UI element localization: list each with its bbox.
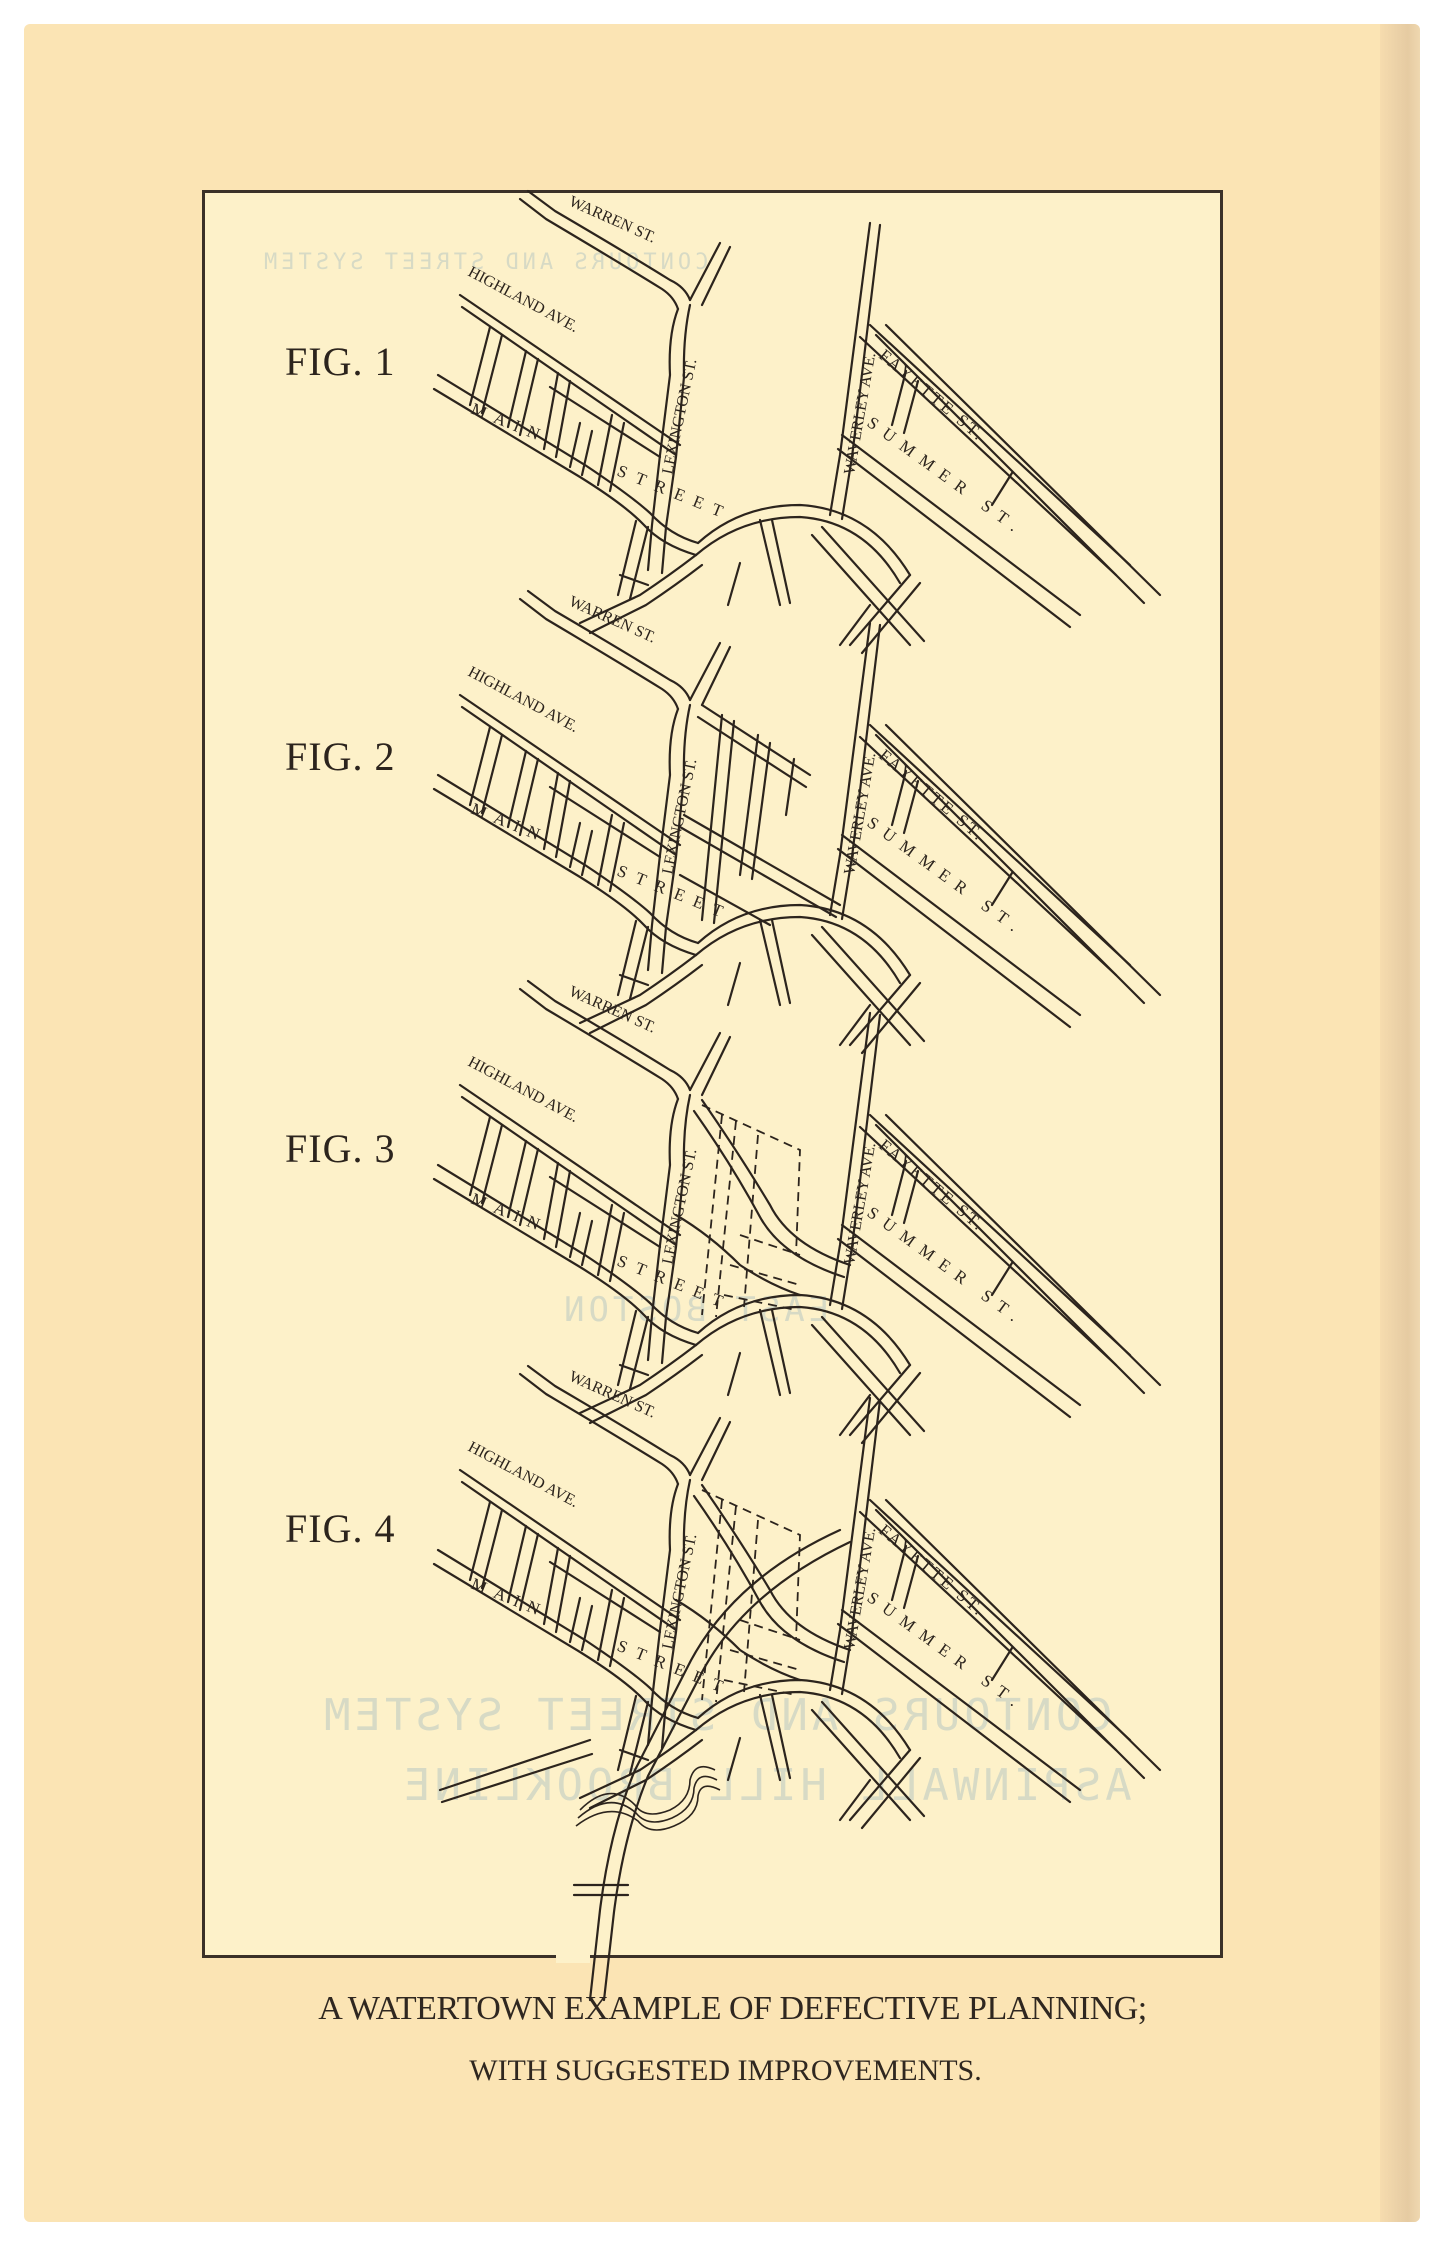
main-label: MAIN — [469, 1574, 552, 1622]
highland-ave-label: HIGHLAND AVE. — [465, 1439, 581, 1511]
main-label: MAIN — [469, 1189, 552, 1237]
main-label: MAIN — [469, 399, 552, 447]
main-label: MAIN — [469, 799, 552, 847]
summer-st-label: SUMMER ST. — [864, 1588, 1030, 1716]
figure-4-map — [434, 1366, 1160, 2000]
summer-st-label: SUMMER ST. — [864, 413, 1030, 541]
highland-ave-label: HIGHLAND AVE. — [465, 1054, 581, 1126]
summer-st-label: SUMMER ST. — [864, 813, 1030, 941]
figure-3-map — [434, 981, 1160, 1443]
highland-ave-label: HIGHLAND AVE. — [465, 664, 581, 736]
street-maps: WARREN ST. HIGHLAND AVE. LEXINGTON ST. W… — [0, 0, 1445, 2246]
caption-line-1: A WATERTOWN EXAMPLE OF DEFECTIVE PLANNIN… — [0, 1990, 1445, 2028]
figure-2-map — [434, 591, 1160, 1053]
summer-st-label: SUMMER ST. — [864, 1203, 1030, 1331]
highland-ave-label: HIGHLAND AVE. — [465, 264, 581, 336]
caption-line-2: WITH SUGGESTED IMPROVEMENTS. — [0, 2054, 1445, 2088]
figure-1-map — [434, 191, 1160, 653]
